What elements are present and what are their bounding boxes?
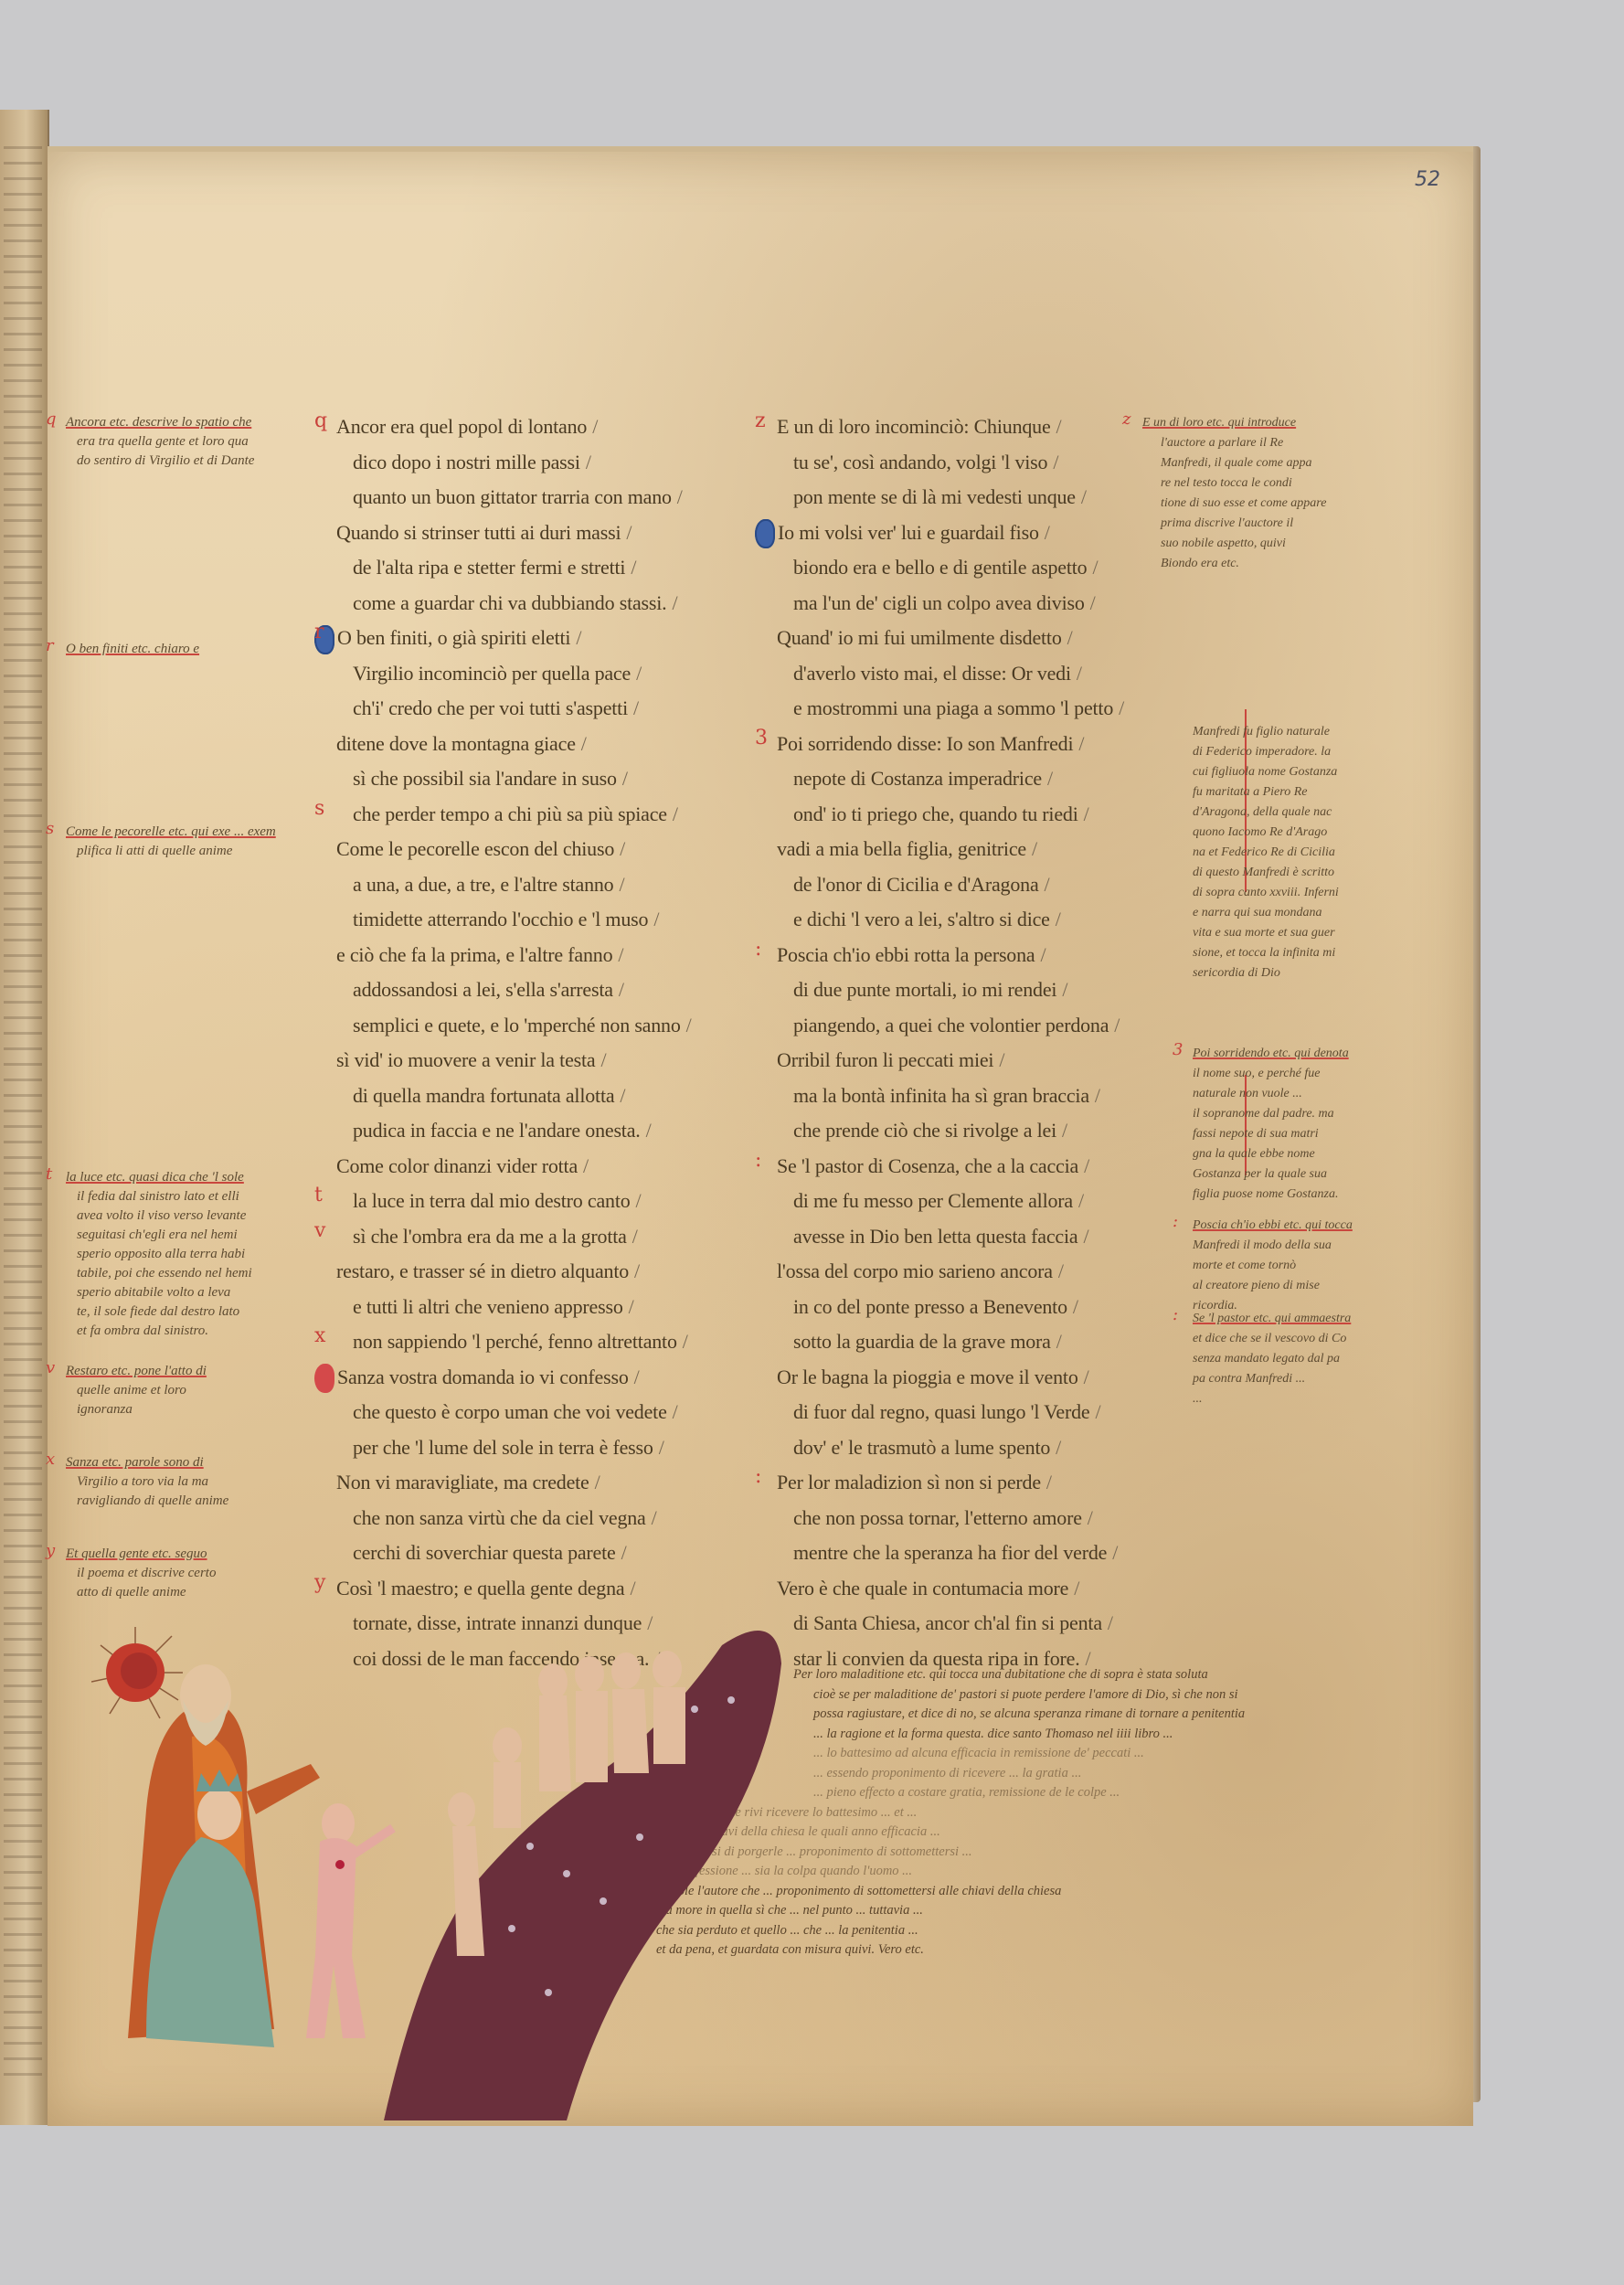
rubric-letter-mark: t xyxy=(46,1164,52,1184)
verse-line: biondo era e bello e di gentile aspetto/ xyxy=(777,550,1124,586)
rubric-letter-mark: t xyxy=(314,1178,323,1214)
rubric-letter-mark: y xyxy=(314,1566,325,1601)
verse-text: che non possa tornar, l'etterno amore xyxy=(793,1506,1082,1529)
verse-text: di Santa Chiesa, ancor ch'al fin si pent… xyxy=(793,1611,1102,1634)
virgule-mark: / xyxy=(1088,1506,1093,1529)
verse-line: Quando si strinser tutti ai duri massi/ xyxy=(336,515,692,551)
rubric-letter-mark: v xyxy=(46,1358,55,1377)
gloss-line: na et Federico Re di Cicilia xyxy=(1193,843,1339,863)
verse-text: ch'i' credo che per voi tutti s'aspetti xyxy=(353,696,628,719)
verse-text: in co del ponte presso a Benevento xyxy=(793,1295,1067,1318)
virgule-mark: / xyxy=(1058,1259,1064,1282)
gloss-line: et dice che se il vescovo di Co xyxy=(1193,1329,1351,1349)
virgule-mark: / xyxy=(1062,1119,1067,1142)
verse-text: di quella mandra fortunata allotta xyxy=(353,1084,614,1107)
verse-line: sotto la guardia de la grave mora/ xyxy=(777,1324,1124,1360)
verse-text: Sanza vostra domanda io vi confesso xyxy=(337,1366,629,1388)
verse-line: vadi a mia bella figlia, genitrice/ xyxy=(777,832,1124,867)
verse-line: e dichi 'l vero a lei, s'altro si dice/ xyxy=(777,902,1124,938)
gloss-line: Restaro etc. pone l'atto di xyxy=(66,1362,207,1381)
verse-line: mentre che la speranza ha fior del verde… xyxy=(777,1536,1124,1571)
verse-text: Quando si strinser tutti ai duri massi xyxy=(336,521,621,544)
verse-text: addossandosi a lei, s'ella s'arresta xyxy=(353,978,613,1001)
previous-page-edge xyxy=(0,110,49,2125)
margin-gloss: sCome le pecorelle etc. qui exe ... exem… xyxy=(66,823,276,861)
virgule-mark: / xyxy=(677,485,683,508)
virgule-mark: / xyxy=(686,1014,692,1036)
gloss-line: Come le pecorelle etc. qui exe ... exem xyxy=(66,823,276,842)
virgule-mark: / xyxy=(626,521,632,544)
rubric-letter-mark: x xyxy=(314,1319,325,1355)
gloss-line: suo nobile aspetto, quivi xyxy=(1142,534,1326,554)
virgule-mark: / xyxy=(592,415,598,438)
gloss-line: al creatore pieno di mise xyxy=(1193,1276,1353,1296)
verse-line: de l'alta ripa e stetter fermi e stretti… xyxy=(336,550,692,586)
virgule-mark: / xyxy=(621,1541,627,1564)
verse-text: E un di loro incominciò: Chiunque xyxy=(777,415,1051,438)
verse-text: l'ossa del corpo mio sarieno ancora xyxy=(777,1259,1053,1282)
virgule-mark: / xyxy=(1108,1611,1113,1634)
verse-line: in co del ponte presso a Benevento/ xyxy=(777,1290,1124,1325)
virgule-mark: / xyxy=(1119,696,1124,719)
verse-line: Non vi maravigliate, ma credete/ xyxy=(336,1465,692,1501)
virgule-mark: / xyxy=(620,837,625,860)
verse-text: pudica in faccia e ne l'andare onesta. xyxy=(353,1119,641,1142)
commentary-line: ... la ragione et la forma questa. dice … xyxy=(793,1725,1433,1745)
gloss-line: la luce etc. quasi dica che 'l sole xyxy=(66,1168,252,1187)
gloss-line: sione, et tocca la infinita mi xyxy=(1193,943,1339,963)
virgule-mark: / xyxy=(636,662,642,685)
verse-text: e ciò che fa la prima, e l'altre fanno xyxy=(336,943,612,966)
verse-text: che prende ciò che si rivolge a lei xyxy=(793,1119,1056,1142)
verse-line: come a guardar chi va dubbiando stassi./ xyxy=(336,586,692,622)
verse-line: di quella mandra fortunata allotta/ xyxy=(336,1079,692,1114)
rubric-letter-mark: 3 xyxy=(755,721,768,757)
gloss-line: il sopranome dal padre. ma xyxy=(1193,1104,1349,1124)
virgule-mark: / xyxy=(583,1154,589,1177)
verse-text: dico dopo i nostri mille passi xyxy=(353,451,580,473)
gloss-line: do sentiro di Virgilio et di Dante xyxy=(66,452,254,471)
gloss-line: Manfredi il modo della sua xyxy=(1193,1236,1353,1256)
virgule-mark: / xyxy=(1077,662,1082,685)
gloss-line: di questo Manfredi è scritto xyxy=(1193,863,1339,883)
margin-gloss: zE un di loro etc. qui introducel'auctor… xyxy=(1142,413,1326,574)
gloss-line: d'Aragona, della quale nac xyxy=(1193,802,1339,823)
verse-line: Or le bagna la pioggia e move il vento/ xyxy=(777,1360,1124,1396)
virgule-mark: / xyxy=(1095,1084,1100,1107)
verse-text: ma la bontà infinita ha sì gran braccia xyxy=(793,1084,1089,1107)
gloss-line: quono Iacomo Re d'Arago xyxy=(1193,823,1339,843)
virgule-mark: / xyxy=(1084,1154,1089,1177)
verse-line: d'averlo visto mai, el disse: Or vedi/ xyxy=(777,656,1124,692)
miniature-illustration xyxy=(91,1609,786,2120)
verse-text: Orribil furon li peccati miei xyxy=(777,1048,993,1071)
verse-text: Quand' io mi fui umilmente disdetto xyxy=(777,626,1062,649)
verse-text: de l'alta ripa e stetter fermi e stretti xyxy=(353,556,625,579)
gloss-line: et fa ombra dal sinistro. xyxy=(66,1322,252,1341)
virgule-mark: / xyxy=(659,1436,664,1459)
verse-text: Per lor maladizion sì non si perde xyxy=(777,1471,1041,1493)
gloss-line: Gostanza per la quale sua xyxy=(1193,1164,1349,1185)
gloss-line: Poscia ch'io ebbi etc. qui tocca xyxy=(1193,1216,1353,1236)
gloss-line: Biondo era etc. xyxy=(1142,554,1326,574)
gloss-line: senza mandato legato dal pa xyxy=(1193,1349,1351,1369)
virgule-mark: / xyxy=(1062,978,1067,1001)
verse-text: ma l'un de' cigli un colpo avea diviso xyxy=(793,591,1085,614)
verse-line: semplici e quete, e lo 'mperché non sann… xyxy=(336,1008,692,1044)
verse-line: avesse in Dio ben letta questa faccia/ xyxy=(777,1219,1124,1255)
virgule-mark: / xyxy=(629,1295,634,1318)
virgule-mark: / xyxy=(586,451,591,473)
virgule-mark: / xyxy=(634,1259,640,1282)
verse-line: di due punte mortali, io mi rendei/ xyxy=(777,972,1124,1008)
margin-gloss: :Poscia ch'io ebbi etc. qui toccaManfred… xyxy=(1193,1216,1353,1316)
commentary-line: Per loro maladitione etc. qui tocca una … xyxy=(793,1665,1433,1685)
verse-text: semplici e quete, e lo 'mperché non sann… xyxy=(353,1014,681,1036)
gloss-line: seguitasi ch'egli era nel hemi xyxy=(66,1226,252,1245)
rubric-letter-mark: s xyxy=(314,792,324,827)
virgule-mark: / xyxy=(632,1225,638,1248)
gloss-line: l'auctore a parlare il Re xyxy=(1142,433,1326,453)
virgule-mark: / xyxy=(620,1084,625,1107)
virgule-mark: / xyxy=(1056,908,1061,930)
verse-line: ma l'un de' cigli un colpo avea diviso/ xyxy=(777,586,1124,622)
margin-gloss: yEt quella gente etc. seguoil poema et d… xyxy=(66,1545,216,1602)
verse-line: sì vid' io muovere a venir la testa/ xyxy=(336,1043,692,1079)
verse-line: de l'onor di Cicilia e d'Aragona/ xyxy=(777,867,1124,903)
rubric-letter-mark: q xyxy=(46,409,57,429)
virgule-mark: / xyxy=(601,1048,607,1071)
virgule-mark: / xyxy=(636,1189,642,1212)
margin-gloss: vRestaro etc. pone l'atto diquelle anime… xyxy=(66,1362,207,1419)
virgule-mark: / xyxy=(1040,943,1046,966)
verse-line: la luce in terra dal mio destro canto/t xyxy=(336,1184,692,1219)
verse-text: Come le pecorelle escon del chiuso xyxy=(336,837,614,860)
verse-line: che prende ciò che si rivolge a lei/ xyxy=(777,1113,1124,1149)
virgule-mark: / xyxy=(1074,1577,1079,1599)
margin-gloss: tla luce etc. quasi dica che 'l soleil f… xyxy=(66,1168,252,1341)
verse-text: la luce in terra dal mio destro canto xyxy=(353,1189,631,1212)
gloss-line: sperio opposito alla terra habi xyxy=(66,1245,252,1264)
verse-text: Io mi volsi ver' lui e guardail fiso xyxy=(778,521,1039,544)
verse-line: nepote di Costanza imperadrice/ xyxy=(777,761,1124,797)
verse-line: a una, a due, a tre, e l'altre stanno/ xyxy=(336,867,692,903)
gloss-line: Poi sorridendo etc. qui denota xyxy=(1193,1044,1349,1064)
gloss-line: gna la quale ebbe nome xyxy=(1193,1144,1349,1164)
verse-text: d'averlo visto mai, el disse: Or vedi xyxy=(793,662,1071,685)
gloss-line: naturale non vuole ... xyxy=(1193,1084,1349,1104)
verse-line: per che 'l lume del sole in terra è fess… xyxy=(336,1430,692,1466)
gloss-line: Et quella gente etc. seguo xyxy=(66,1545,216,1564)
verse-text: di due punte mortali, io mi rendei xyxy=(793,978,1056,1001)
verse-text: dov' e' le trasmutò a lume spento xyxy=(793,1436,1050,1459)
verse-text: sì vid' io muovere a venir la testa xyxy=(336,1048,596,1071)
verse-line: Ancor era quel popol di lontano/q xyxy=(336,409,692,445)
virgule-mark: / xyxy=(1046,1471,1052,1493)
gloss-line: il fedia dal sinistro lato et elli xyxy=(66,1187,252,1206)
virgule-mark: / xyxy=(1095,1400,1100,1423)
virgule-mark: / xyxy=(999,1048,1004,1071)
verse-text: e dichi 'l vero a lei, s'altro si dice xyxy=(793,908,1050,930)
rubric-letter-mark: r xyxy=(314,615,324,651)
verse-line: Poi sorridendo disse: Io son Manfredi/3 xyxy=(777,727,1124,762)
verse-text: timidette atterrando l'occhio e 'l muso xyxy=(353,908,648,930)
verse-line: e ciò che fa la prima, e l'altre fanno/ xyxy=(336,938,692,973)
verse-text: ditene dove la montagna giace xyxy=(336,732,576,755)
verse-line: Come color dinanzi vider rotta/ xyxy=(336,1149,692,1185)
margin-gloss: xSanza etc. parole sono diVirgilio a tor… xyxy=(66,1453,228,1511)
verse-text: Così 'l maestro; e quella gente degna xyxy=(336,1577,624,1599)
rubric-letter-mark: s xyxy=(46,819,54,838)
verse-text: non sappiendo 'l perché, fenno altrettan… xyxy=(353,1330,677,1353)
gloss-line: cui figliuola nome Gostanza xyxy=(1193,762,1339,782)
gloss-line: di Federico imperadore. la xyxy=(1193,742,1339,762)
rubric-letter-mark: : xyxy=(755,1460,761,1495)
rubric-letter-mark: v xyxy=(314,1214,325,1249)
verse-line: sì che l'ombra era da me a la grotta/v xyxy=(336,1219,692,1255)
virgule-mark: / xyxy=(1032,837,1037,860)
gloss-line: figlia puose nome Gostanza. xyxy=(1193,1185,1349,1205)
virgule-mark: / xyxy=(1084,1366,1089,1388)
verse-text: come a guardar chi va dubbiando stassi. xyxy=(353,591,666,614)
gloss-line: e narra qui sua mondana xyxy=(1193,903,1339,923)
margin-gloss: :Se 'l pastor etc. qui ammaestraet dice … xyxy=(1193,1309,1351,1409)
verse-line: sì che possibil sia l'andare in suso/ xyxy=(336,761,692,797)
virgule-mark: / xyxy=(633,696,639,719)
virgule-mark: / xyxy=(630,1577,635,1599)
virgule-mark: / xyxy=(1112,1541,1118,1564)
verse-text: Poscia ch'io ebbi rotta la persona xyxy=(777,943,1035,966)
verse-line: E un di loro incominciò: Chiunque/z xyxy=(777,409,1124,445)
rubric-letter-mark: : xyxy=(755,932,761,968)
gloss-line: era tra quella gente et loro qua xyxy=(66,432,254,452)
verse-column-right: E un di loro incominciò: Chiunque/ztu se… xyxy=(777,409,1124,1676)
verse-text: che non sanza virtù che da ciel vegna xyxy=(353,1506,646,1529)
virgule-mark: / xyxy=(581,732,587,755)
gloss-line: pa contra Manfredi ... xyxy=(1193,1369,1351,1389)
rubric-letter-mark: r xyxy=(46,636,54,655)
verse-line: Come le pecorelle escon del chiuso/ xyxy=(336,832,692,867)
verse-line: dov' e' le trasmutò a lume spento/ xyxy=(777,1430,1124,1466)
verse-line: restaro, e trasser sé in dietro alquanto… xyxy=(336,1254,692,1290)
manfred-figure xyxy=(306,1803,393,2038)
verse-line: Virgilio incominciò per quella pace/ xyxy=(336,656,692,692)
verse-column-left: Ancor era quel popol di lontano/qdico do… xyxy=(336,409,692,1676)
verse-line: e tutti li altri che venieno appresso/ xyxy=(336,1290,692,1325)
margin-gloss: 3Poi sorridendo etc. qui denotail nome s… xyxy=(1193,1044,1349,1205)
commentary-line: ... essendo proponimento di ricevere ...… xyxy=(793,1764,1433,1784)
verse-text: che questo è corpo uman che voi vedete xyxy=(353,1400,667,1423)
verse-text: Non vi maravigliate, ma credete xyxy=(336,1471,589,1493)
virgule-mark: / xyxy=(634,1366,640,1388)
gloss-line: plifica li atti di quelle anime xyxy=(66,842,276,861)
verse-line: di fuor dal regno, quasi lungo 'l Verde/ xyxy=(777,1395,1124,1430)
virgule-mark: / xyxy=(673,1400,678,1423)
commentary-line: ... lo battesimo ad alcuna efficacia in … xyxy=(793,1744,1433,1764)
verse-line: non sappiendo 'l perché, fenno altrettan… xyxy=(336,1324,692,1360)
verse-text: tu se', così andando, volgi 'l viso xyxy=(793,451,1047,473)
verse-text: che perder tempo a chi più sa più spiace xyxy=(353,802,667,825)
virgule-mark: / xyxy=(619,978,624,1001)
gloss-line: il poema et discrive certo xyxy=(66,1564,216,1583)
virgule-mark: / xyxy=(595,1471,600,1493)
gloss-line: atto di quelle anime xyxy=(66,1583,216,1602)
virgule-mark: / xyxy=(631,556,636,579)
rubric-letter-mark: 3 xyxy=(1173,1040,1183,1060)
verse-text: a una, a due, a tre, e l'altre stanno xyxy=(353,873,614,896)
verse-text: vadi a mia bella figlia, genitrice xyxy=(777,837,1026,860)
gloss-line: Virgilio a toro via la ma xyxy=(66,1472,228,1492)
virgule-mark: / xyxy=(618,943,623,966)
gloss-line: tabile, poi che essendo nel hemi xyxy=(66,1264,252,1283)
gloss-line: avea volto il viso verso levante xyxy=(66,1206,252,1226)
verse-text: nepote di Costanza imperadrice xyxy=(793,767,1042,790)
verse-line: Così 'l maestro; e quella gente degna/y xyxy=(336,1571,692,1607)
rubric-letter-mark: x xyxy=(46,1450,55,1469)
folio-number: 52 xyxy=(1415,168,1440,191)
verse-text: di me fu messo per Clemente allora xyxy=(793,1189,1073,1212)
gloss-line: il nome suo, e perché fue xyxy=(1193,1064,1349,1084)
verse-line: quanto un buon gittator trarria con mano… xyxy=(336,480,692,515)
verse-text: piangendo, a quei che volontier perdona xyxy=(793,1014,1109,1036)
virgule-mark: / xyxy=(1047,767,1053,790)
verse-line: di me fu messo per Clemente allora/ xyxy=(777,1184,1124,1219)
sun-icon xyxy=(91,1627,183,1718)
verse-line: che perder tempo a chi più sa più spiace… xyxy=(336,797,692,833)
commentary-line: ... pieno effecto a costare gratia, remi… xyxy=(793,1783,1433,1803)
verse-text: Se 'l pastor di Cosenza, che a la caccia xyxy=(777,1154,1078,1177)
rubric-letter-mark: q xyxy=(314,404,327,440)
verse-line: di Santa Chiesa, ancor ch'al fin si pent… xyxy=(777,1606,1124,1642)
gloss-line: te, il sole fiede dal destro lato xyxy=(66,1302,252,1322)
gloss-line: fu maritata a Piero Re xyxy=(1193,782,1339,802)
verse-line: e mostrommi una piaga a sommo 'l petto/ xyxy=(777,691,1124,727)
verse-text: cerchi di soverchiar questa parete xyxy=(353,1541,616,1564)
verse-text: Come color dinanzi vider rotta xyxy=(336,1154,578,1177)
verse-line: Vero è che quale in contumacia more/ xyxy=(777,1571,1124,1607)
verse-text: avesse in Dio ben letta questa faccia xyxy=(793,1225,1077,1248)
margin-gloss: qAncora etc. descrive lo spatio cheera t… xyxy=(66,413,254,471)
verse-text: e tutti li altri che venieno appresso xyxy=(353,1295,623,1318)
gloss-line: fassi nepote di sua matri xyxy=(1193,1124,1349,1144)
rubric-letter-mark: y xyxy=(46,1541,55,1560)
gloss-line: morte et come tornò xyxy=(1193,1256,1353,1276)
virgule-mark: / xyxy=(1084,802,1089,825)
verse-text: sotto la guardia de la grave mora xyxy=(793,1330,1051,1353)
virgule-mark: / xyxy=(1073,1295,1078,1318)
verse-line: tu se', così andando, volgi 'l viso/ xyxy=(777,445,1124,481)
virgule-mark: / xyxy=(672,591,677,614)
virgule-mark: / xyxy=(1045,873,1050,896)
virgule-mark: / xyxy=(1067,626,1073,649)
verse-line: timidette atterrando l'occhio e 'l muso/ xyxy=(336,902,692,938)
virgule-mark: / xyxy=(620,873,625,896)
verse-line: ditene dove la montagna giace/ xyxy=(336,727,692,762)
verse-text: restaro, e trasser sé in dietro alquanto xyxy=(336,1259,629,1282)
verse-text: Ancor era quel popol di lontano xyxy=(336,415,587,438)
verse-text: de l'onor di Cicilia e d'Aragona xyxy=(793,873,1039,896)
virgule-mark: / xyxy=(653,908,659,930)
gloss-line: Ancora etc. descrive lo spatio che xyxy=(66,413,254,432)
rubric-letter-mark: : xyxy=(1173,1212,1178,1232)
virgule-mark: / xyxy=(1056,415,1062,438)
verse-line: Orribil furon li peccati miei/ xyxy=(777,1043,1124,1079)
commentary-line: possa ragiustare, et dice di no, se alcu… xyxy=(793,1705,1433,1725)
virgule-mark: / xyxy=(1092,556,1098,579)
verse-text: ond' io ti priego che, quando tu riedi xyxy=(793,802,1078,825)
gloss-line: Manfredi fu figlio naturale xyxy=(1193,722,1339,742)
bottom-commentary: Per loro maladitione etc. qui tocca una … xyxy=(793,1665,1433,1961)
virgule-mark: / xyxy=(1056,1330,1062,1353)
verse-line: l'ossa del corpo mio sarieno ancora/ xyxy=(777,1254,1124,1290)
gloss-line: Se 'l pastor etc. qui ammaestra xyxy=(1193,1309,1351,1329)
verse-line: piangendo, a quei che volontier perdona/ xyxy=(777,1008,1124,1044)
verse-line: Se 'l pastor di Cosenza, che a la caccia… xyxy=(777,1149,1124,1185)
rubric-letter-mark: : xyxy=(755,1143,761,1179)
verse-line: ma la bontà infinita ha sì gran braccia/ xyxy=(777,1079,1124,1114)
verse-line: Io mi volsi ver' lui e guardail fiso/ xyxy=(777,515,1124,551)
margin-gloss: Manfredi fu figlio naturaledi Federico i… xyxy=(1193,722,1339,983)
verse-line: che non sanza virtù che da ciel vegna/ xyxy=(336,1501,692,1536)
verse-text: mentre che la speranza ha fior del verde xyxy=(793,1541,1107,1564)
gloss-line: ignoranza xyxy=(66,1400,207,1419)
verse-line: ch'i' credo che per voi tutti s'aspetti/ xyxy=(336,691,692,727)
virgule-mark: / xyxy=(622,767,628,790)
verse-line: O ben finiti, o già spiriti eletti/r xyxy=(336,621,692,656)
gloss-line: vita e sua morte et sua guer xyxy=(1193,923,1339,943)
virgule-mark: / xyxy=(673,802,678,825)
virgule-mark: / xyxy=(1045,521,1050,544)
virgule-mark: / xyxy=(1053,451,1058,473)
virgule-mark: / xyxy=(576,626,581,649)
decorated-initial xyxy=(314,1364,334,1393)
virgule-mark: / xyxy=(683,1330,688,1353)
gloss-line: Sanza etc. parole sono di xyxy=(66,1453,228,1472)
verse-line: pudica in faccia e ne l'andare onesta./ xyxy=(336,1113,692,1149)
virgule-mark: / xyxy=(1081,485,1087,508)
verse-line: cerchi di soverchiar questa parete/ xyxy=(336,1536,692,1571)
gloss-line: sericordia di Dio xyxy=(1193,963,1339,983)
verse-line: Quand' io mi fui umilmente disdetto/ xyxy=(777,621,1124,656)
gloss-line: re nel testo tocca le condi xyxy=(1142,473,1326,494)
verse-line: ond' io ti priego che, quando tu riedi/ xyxy=(777,797,1124,833)
virgule-mark: / xyxy=(1078,732,1084,755)
verse-text: e mostrommi una piaga a sommo 'l petto xyxy=(793,696,1113,719)
verse-text: quanto un buon gittator trarria con mano xyxy=(353,485,672,508)
verse-line: Per lor maladizion sì non si perde/: xyxy=(777,1465,1124,1501)
verse-text: Or le bagna la pioggia e move il vento xyxy=(777,1366,1078,1388)
gloss-line: sperio abitabile volto a leva xyxy=(66,1283,252,1302)
verse-text: biondo era e bello e di gentile aspetto xyxy=(793,556,1087,579)
verse-line: addossandosi a lei, s'ella s'arresta/ xyxy=(336,972,692,1008)
verse-text: O ben finiti, o già spiriti eletti xyxy=(337,626,570,649)
verse-text: sì che l'ombra era da me a la grotta xyxy=(353,1225,627,1248)
gloss-line: ravigliando di quelle anime xyxy=(66,1492,228,1511)
decorated-initial xyxy=(755,519,775,548)
virgule-mark: / xyxy=(1078,1189,1084,1212)
verse-line: Poscia ch'io ebbi rotta la persona/: xyxy=(777,938,1124,973)
verse-line: Sanza vostra domanda io vi confesso/ xyxy=(336,1360,692,1396)
verse-text: di fuor dal regno, quasi lungo 'l Verde xyxy=(793,1400,1089,1423)
gloss-line: O ben finiti etc. chiaro e xyxy=(66,640,199,659)
virgule-mark: / xyxy=(1083,1225,1088,1248)
verse-text: Vero è che quale in contumacia more xyxy=(777,1577,1068,1599)
verse-line: che non possa tornar, l'etterno amore/ xyxy=(777,1501,1124,1536)
virgule-mark: / xyxy=(1090,591,1096,614)
gloss-line: quelle anime et loro xyxy=(66,1381,207,1400)
verse-text: pon mente se di là mi vedesti unque xyxy=(793,485,1076,508)
rubric-letter-mark: z xyxy=(755,404,765,440)
